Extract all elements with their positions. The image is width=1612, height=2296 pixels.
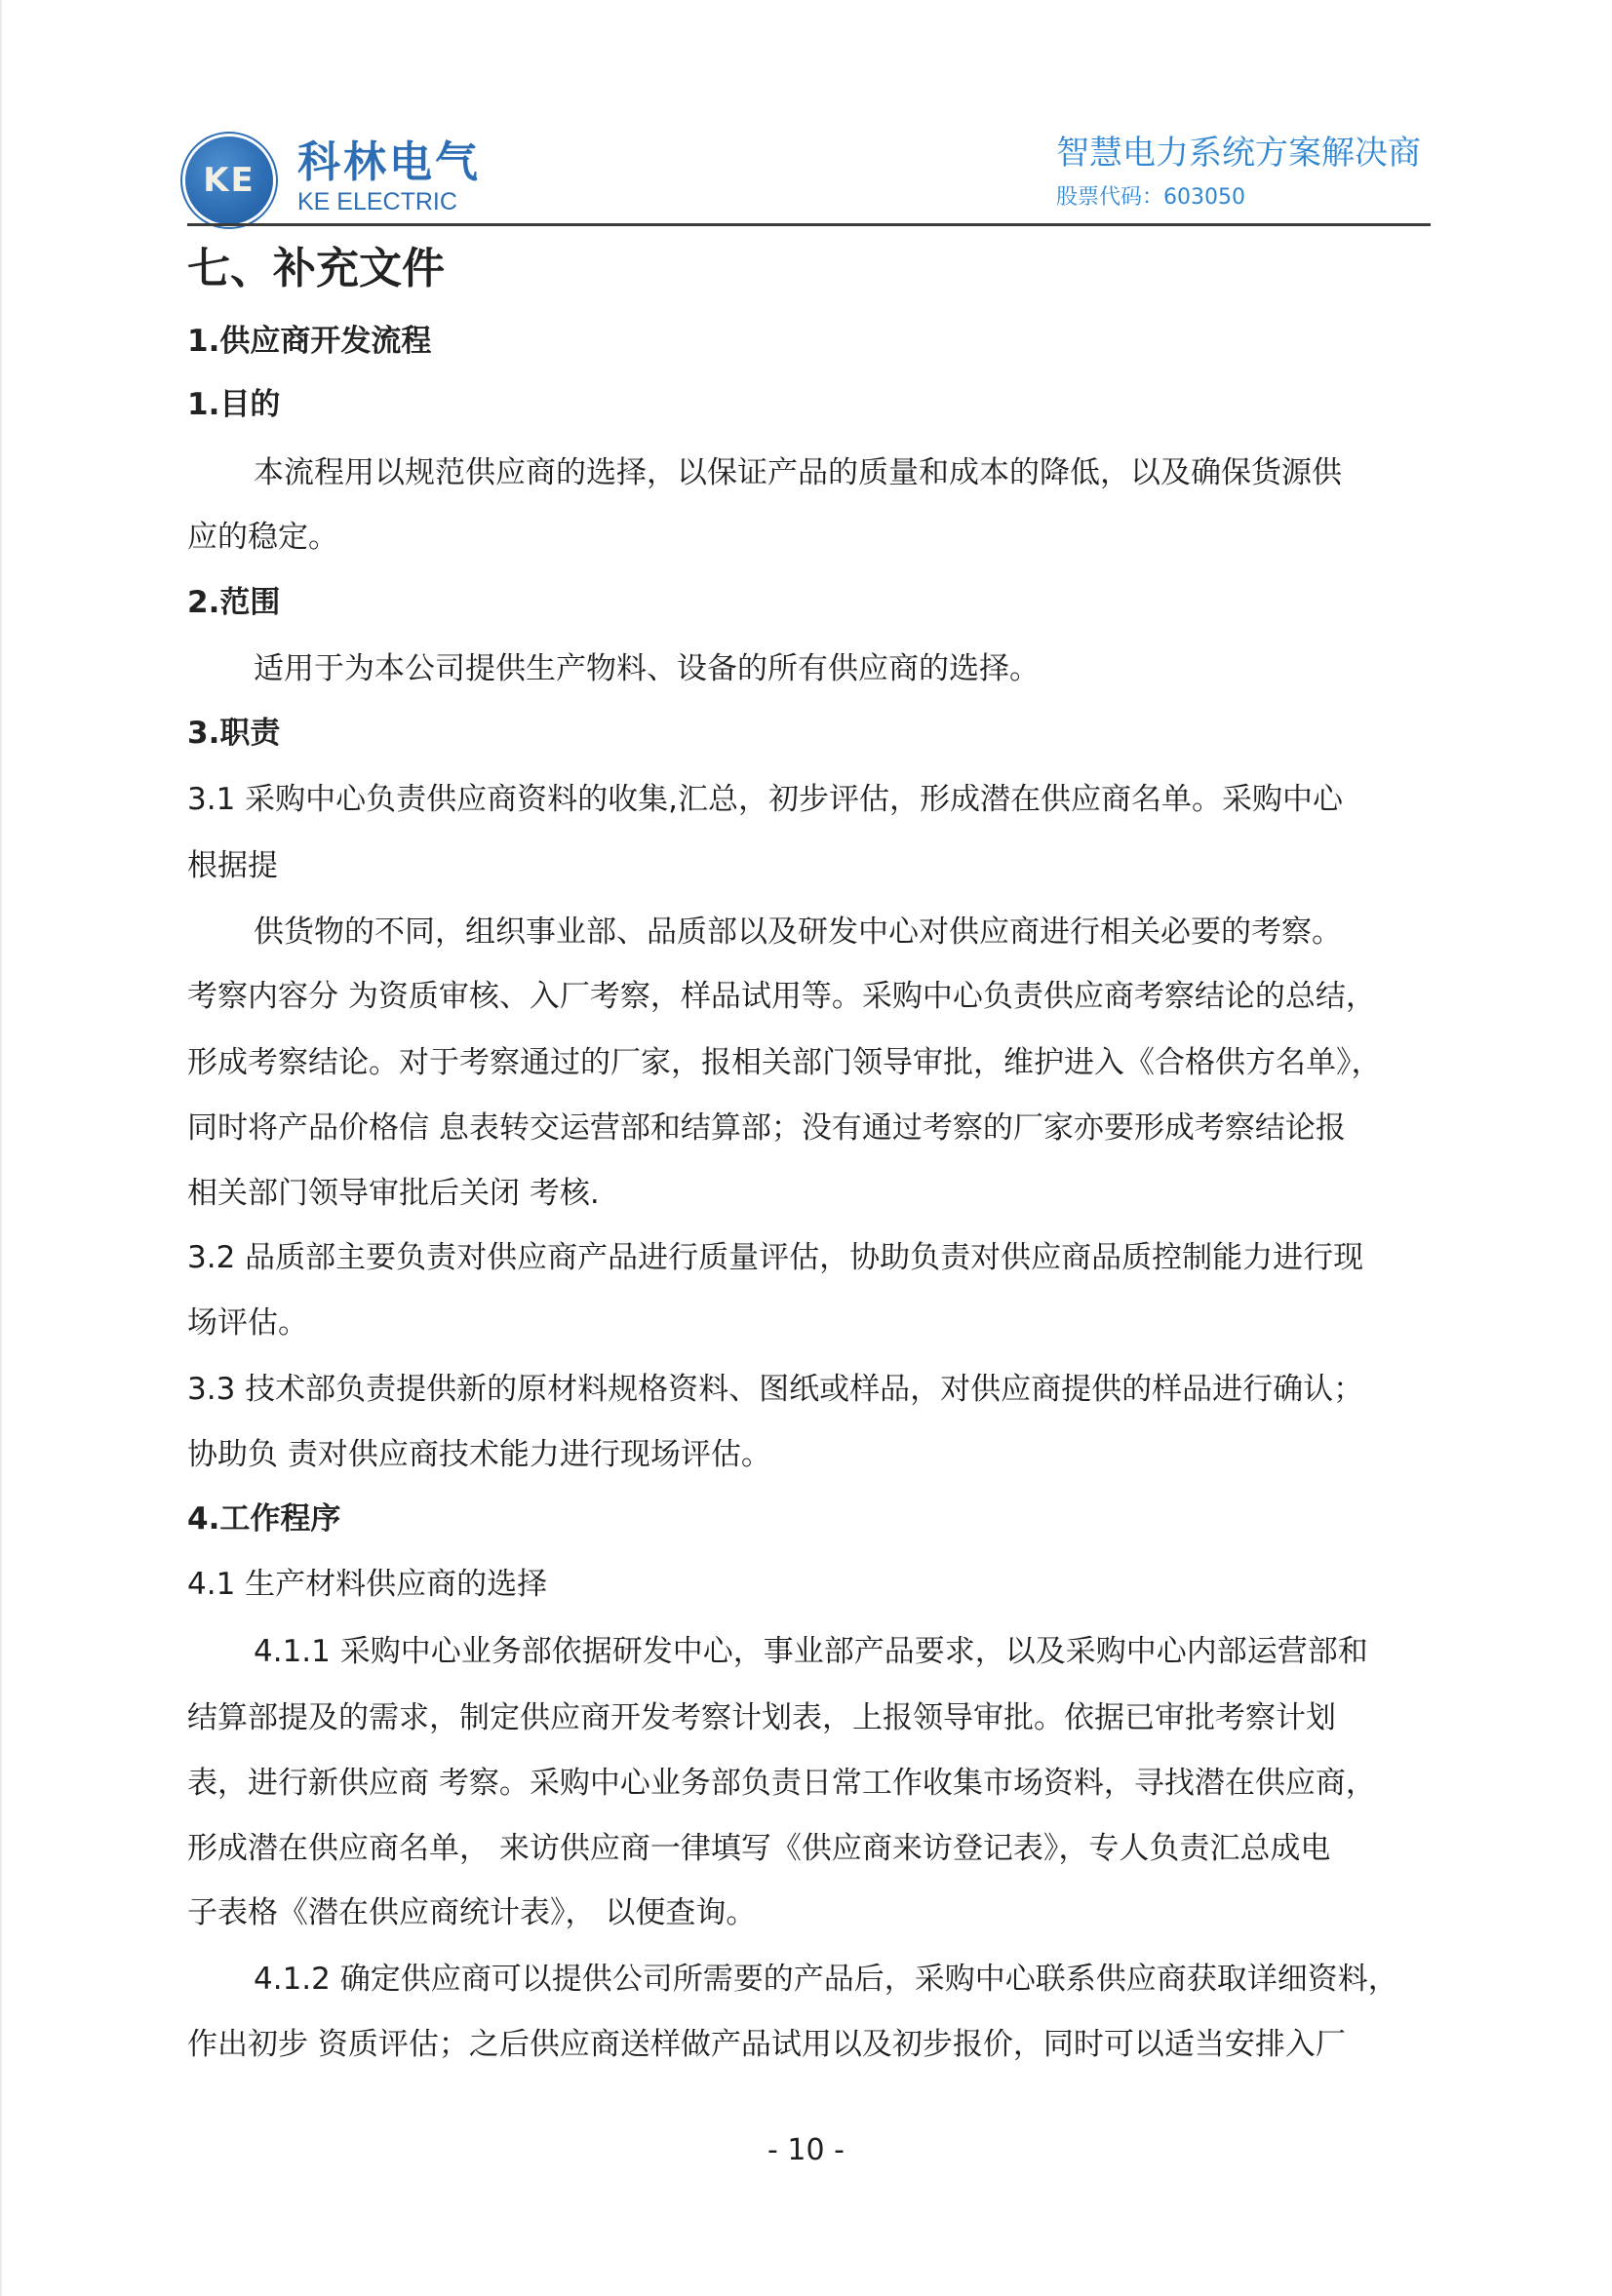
stock-code: 股票代码：603050 — [1056, 185, 1245, 211]
paragraph-line: 场评估。 — [187, 1304, 308, 1343]
paragraph-line: 表，进行新供应商 考察。采购中心业务部负责日常工作收集市场资料，寻找潜在供应商， — [187, 1764, 1376, 1803]
paragraph-line: 协助负 责对供应商技术能力进行现场评估。 — [187, 1435, 771, 1474]
logo-mark: KE — [185, 136, 273, 224]
page-number: - 10 - — [0, 2133, 1612, 2168]
paragraph-line: 3.3 技术部负责提供新的原材料规格资料、图纸或样品，对供应商提供的样品进行确认… — [187, 1370, 1363, 1409]
company-logo-icon: KE — [185, 136, 273, 224]
paragraph-line: 应的稳定。 — [187, 518, 338, 557]
paragraph-line: 根据提 — [187, 846, 278, 885]
chapter-title: 七、补充文件 — [187, 244, 445, 294]
company-name-en: KE ELECTRIC — [297, 188, 457, 215]
paragraph-line: 本流程用以规范供应商的选择，以保证产品的质量和成本的降低，以及确保货源供 — [254, 453, 1342, 492]
paragraph-line: 结算部提及的需求，制定供应商开发考察计划表，上报领导审批。依据已审批考察计划 — [187, 1698, 1336, 1737]
paragraph-line: 供货物的不同，组织事业部、品质部以及研发中心对供应商进行相关必要的考察。 — [254, 913, 1342, 952]
heading-purpose: 1.目的 — [187, 385, 280, 424]
page-header: KE 科林电气 KE ELECTRIC 智慧电力系统方案解决商 股票代码：603… — [0, 0, 1612, 226]
paragraph-line: 形成考察结论。对于考察通过的厂家，报相关部门领导审批，维护进入《合格供方名单》， — [187, 1043, 1382, 1082]
heading-scope: 2.范围 — [187, 583, 280, 622]
heading-work-procedure: 4.工作程序 — [187, 1499, 340, 1538]
company-name-cn: 科林电气 — [297, 138, 481, 187]
page-edge — [0, 0, 2, 2296]
paragraph-line: 适用于为本公司提供生产物料、设备的所有供应商的选择。 — [254, 649, 1040, 688]
paragraph-line: 作出初步 资质评估；之后供应商送样做产品试用以及初步报价，同时可以适当安排入厂 — [187, 2025, 1346, 2064]
header-divider — [187, 223, 1431, 226]
paragraph-line: 3.1 采购中心负责供应商资料的收集,汇总，初步评估，形成潜在供应商名单。采购中… — [187, 780, 1343, 819]
paragraph-line: 考察内容分 为资质审核、入厂考察，样品试用等。采购中心负责供应商考察结论的总结， — [187, 977, 1376, 1016]
heading-responsibilities: 3.职责 — [187, 714, 280, 753]
paragraph-line: 同时将产品价格信 息表转交运营部和结算部；没有通过考察的厂家亦要形成考察结论报 — [187, 1109, 1346, 1148]
subheading-line: 4.1 生产材料供应商的选择 — [187, 1565, 547, 1604]
paragraph-line: 3.2 品质部主要负责对供应商产品进行质量评估，协助负责对供应商品质控制能力进行… — [187, 1238, 1363, 1277]
paragraph-line: 子表格《潜在供应商统计表》， 以便查询。 — [187, 1893, 756, 1932]
paragraph-line: 4.1.2 确定供应商可以提供公司所需要的产品后，采购中心联系供应商获取详细资料… — [254, 1960, 1398, 1999]
section-title: 1.供应商开发流程 — [187, 322, 431, 361]
paragraph-line: 形成潜在供应商名单， 来访供应商一律填写《供应商来访登记表》，专人负责汇总成电 — [187, 1829, 1330, 1868]
paragraph-line: 相关部门领导审批后关闭 考核. — [187, 1174, 600, 1213]
company-tagline: 智慧电力系统方案解决商 — [1056, 134, 1421, 173]
paragraph-line: 4.1.1 采购中心业务部依据研发中心，事业部产品要求，以及采购中心内部运营部和 — [254, 1632, 1368, 1671]
